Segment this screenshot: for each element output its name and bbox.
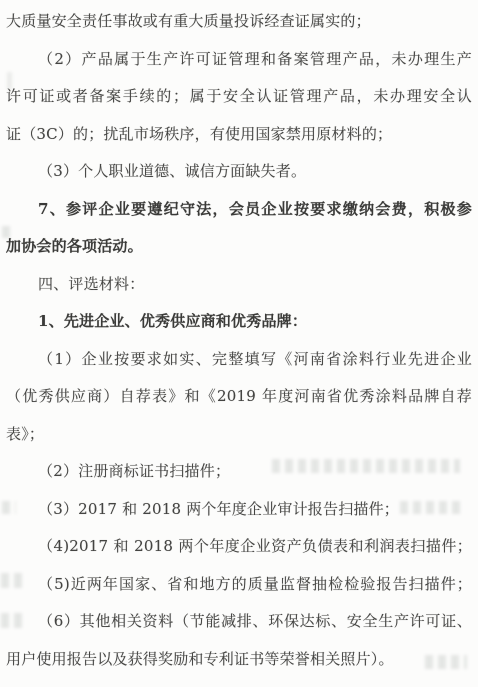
document-line: 加协会的各项活动。 xyxy=(6,228,472,266)
document-line: 大质量安全责任事故或有重大质量投诉经查证属实的； xyxy=(6,3,472,41)
document-line: 表》； xyxy=(6,416,472,454)
document-line: （2）产品属于生产许可证管理和备案管理产品，未办理生产 xyxy=(6,41,472,79)
document-line: （2）注册商标证书扫描件； xyxy=(6,453,472,491)
document-line: （1）企业按要求如实、完整填写《河南省涂料行业先进企业 xyxy=(6,341,472,379)
document-line: （3）2017 和 2018 两个年度企业审计报告扫描件； xyxy=(6,491,472,529)
subsection-heading: 1、先进企业、优秀供应商和优秀品牌： xyxy=(6,303,472,341)
document-page: 大质量安全责任事故或有重大质量投诉经查证属实的； （2）产品属于生产许可证管理和… xyxy=(0,0,478,687)
document-line: （6）其他相关资料（节能减排、环保达标、安全生产许可证、 xyxy=(6,603,472,641)
document-line: 许可证或者备案手续的；属于安全认证管理产品，未办理安全认 xyxy=(6,78,472,116)
document-line: 证（3C）的；扰乱市场秩序，有使用国家禁用原材料的； xyxy=(6,116,472,154)
document-line: （5)近两年国家、省和地方的质量监督抽检检验报告扫描件； xyxy=(6,566,472,604)
document-line: 用户使用报告以及获得奖励和专利证书等荣誉相关照片）。 xyxy=(6,641,472,679)
section-heading: 四、评选材料： xyxy=(6,266,472,304)
document-line: （3）个人职业道德、诚信方面缺失者。 xyxy=(6,153,472,191)
document-line: （优秀供应商）自荐表》和《2019 年度河南省优秀涂料品牌自荐 xyxy=(6,378,472,416)
document-line: （4)2017 和 2018 两个年度企业资产负债表和利润表扫描件； xyxy=(6,528,472,566)
document-line: 7、参评企业要遵纪守法，会员企业按要求缴纳会费，积极参 xyxy=(6,191,472,229)
